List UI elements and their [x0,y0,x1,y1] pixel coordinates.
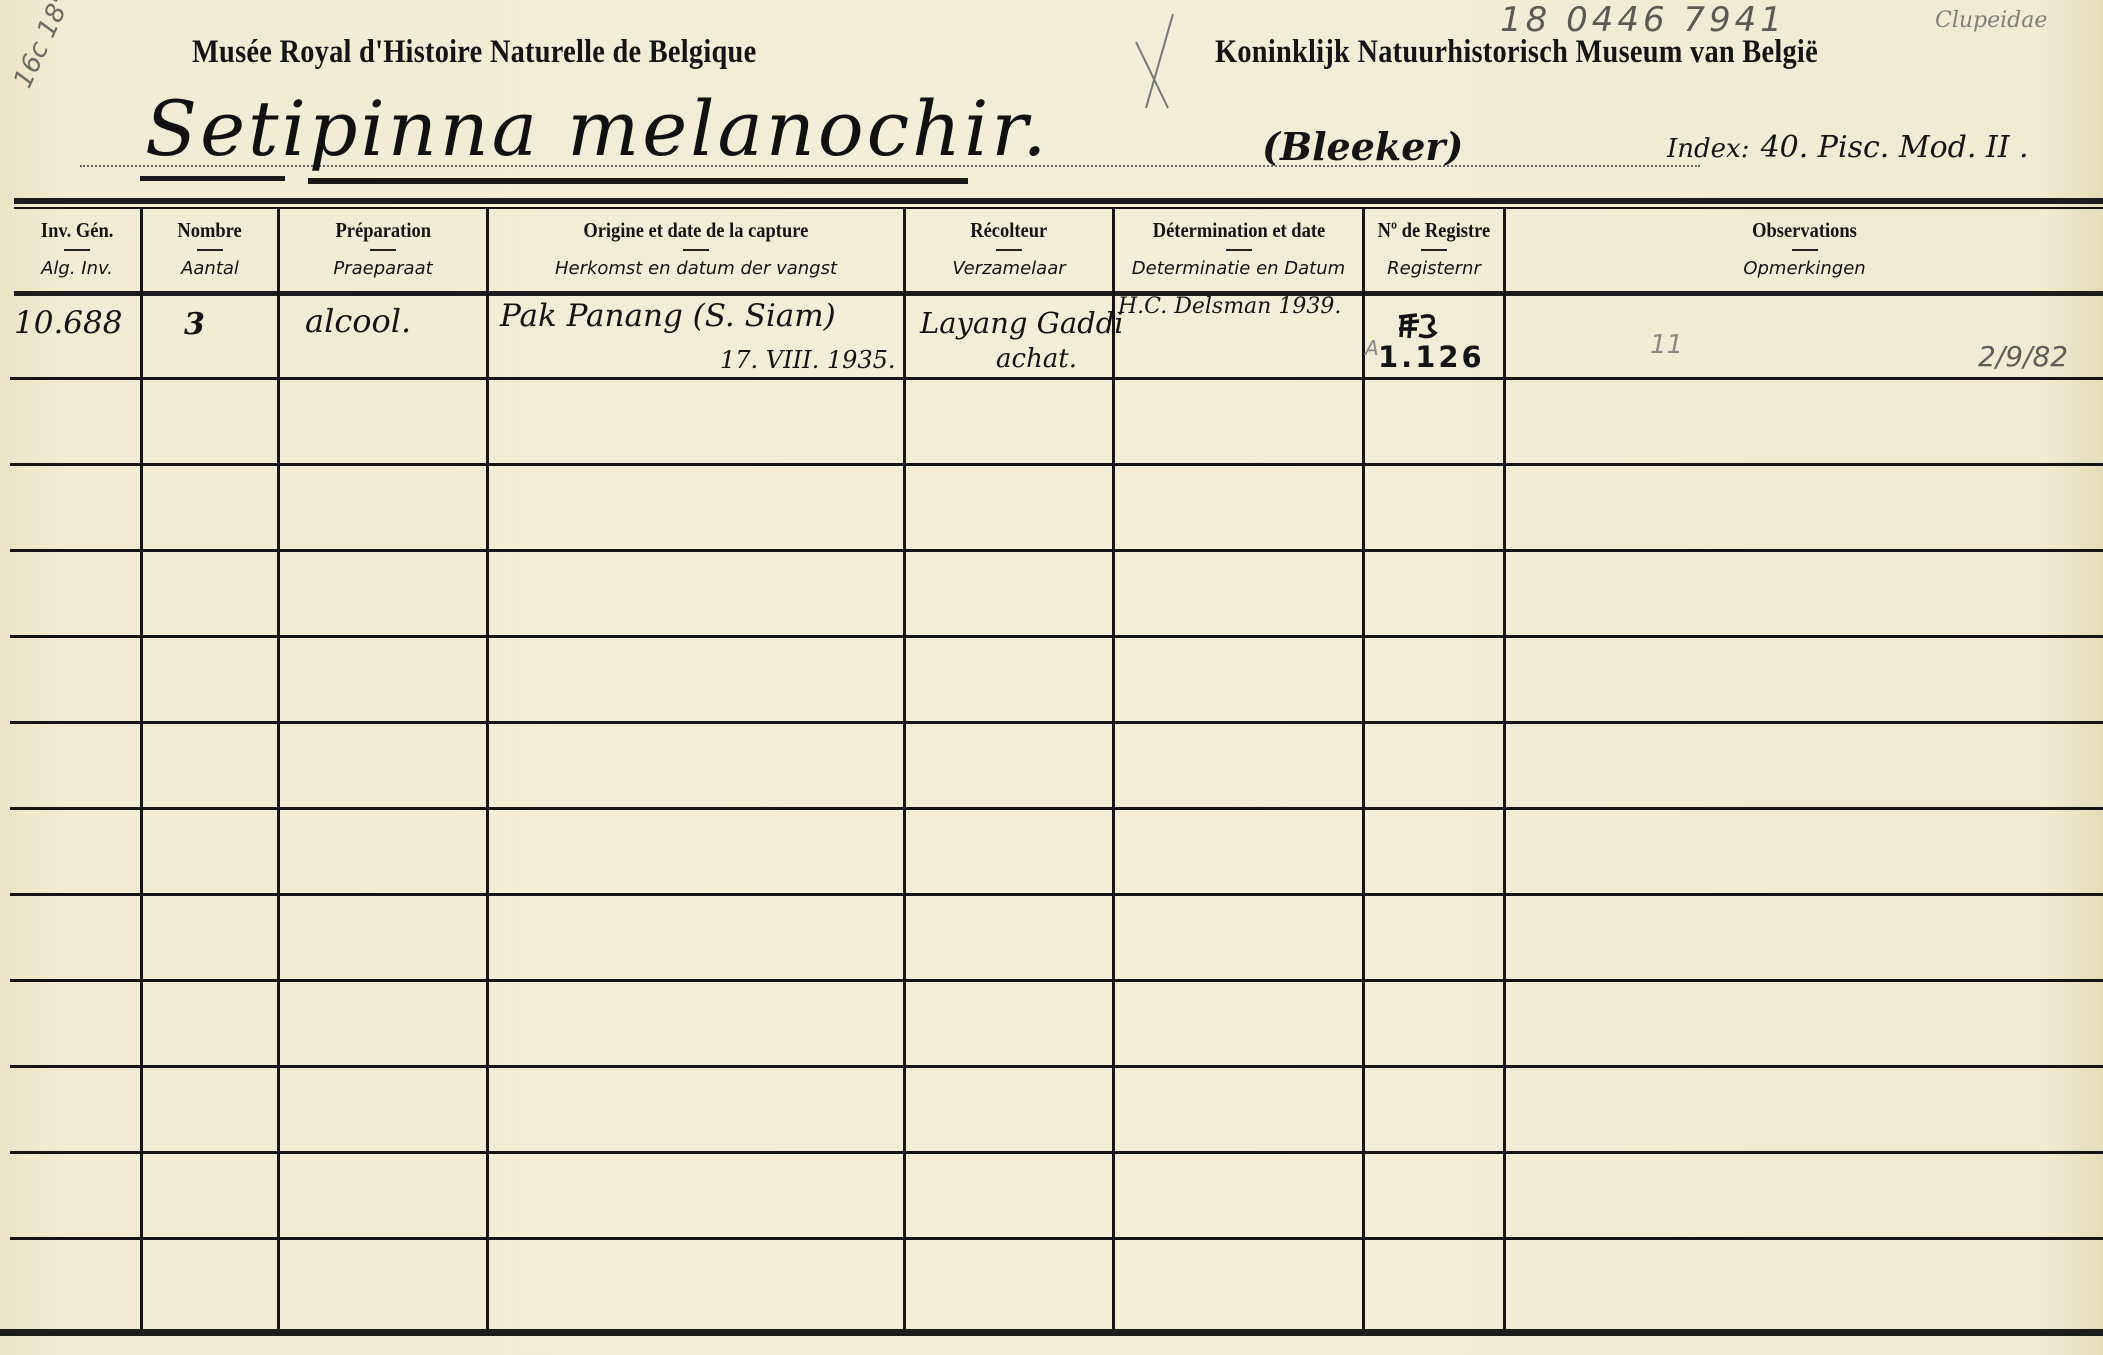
header-fr-label: Inv. Gén. [41,218,113,243]
header-nl-label: Aantal [181,258,239,279]
empty-table-row [14,896,2103,979]
empty-table-row [14,1240,2103,1323]
header-dash [1421,249,1447,251]
cell-origine-date: 17. VIII. 1935. [720,346,896,374]
corner-note: 16c 18' [8,0,76,93]
header-nl-label: Registernr [1387,258,1481,279]
header-origine: Origine et date de la capture Herkomst e… [489,218,903,279]
empty-table-row [14,810,2103,893]
header-dash [683,249,709,251]
header-dash [996,249,1022,251]
header-fr-label: Origine et date de la capture [584,218,809,243]
cell-recolteur: Layang Gaddi [920,306,1124,340]
header-nl-label: Determinatie en Datum [1132,258,1345,279]
cell-nombre: 3 [184,307,205,342]
empty-table-row [14,466,2103,549]
header-determination: Détermination et date Determinatie en Da… [1115,218,1362,279]
header-fr-label: Détermination et date [1152,218,1324,243]
cell-registre-margin: A [1365,336,1379,360]
institution-title-nl: Koninklijk Natuurhistorisch Museum van B… [1215,34,1818,71]
cell-preparation: alcool. [305,302,411,340]
cell-inv: 10.688 [14,305,122,341]
header-nl-label: Alg. Inv. [41,258,113,279]
header-fr-label: Observations [1752,218,1857,243]
empty-table-row [14,638,2103,721]
empty-table-row [14,724,2103,807]
cell-origine: Pak Panang (S. Siam) [500,298,836,334]
index-label: Index: [1667,134,1749,164]
header-nl-label: Praeparaat [333,258,432,279]
header-fr-label: Nombre [178,218,242,243]
header-dash [64,249,90,251]
cell-determination: H.C. Delsman 1939. [1118,294,1341,319]
header-fr-label: Préparation [335,218,430,243]
species-name: Setipinna melanochir. [145,84,1050,173]
empty-table-row [14,1154,2103,1237]
empty-table-row [14,380,2103,463]
header-dash [197,249,223,251]
header-nl-label: Verzamelaar [952,258,1065,279]
header-dash [370,249,396,251]
header-preparation: Préparation Praeparaat [280,218,486,279]
empty-table-row [14,552,2103,635]
header-inv: Inv. Gén. Alg. Inv. [14,218,140,279]
species-underline-genus [140,176,285,181]
header-dash [1792,249,1818,251]
table-top-rule [14,198,2103,204]
cell-registre: 1.126 [1378,340,1485,374]
header-recolteur: Récolteur Verzamelaar [906,218,1112,279]
cell-observations-date: 2/9/82 [1978,340,2068,373]
family-note: Clupeidae [1935,8,2047,33]
institution-title-fr: Musée Royal d'Histoire Naturelle de Belg… [192,34,756,71]
species-author: (Bleeker) [1262,124,1463,169]
cell-observations-mark: 11 [1650,330,1683,360]
cross-mark-icon [1128,12,1188,112]
header-fr-label: Nº de Registre [1378,218,1491,243]
header-dash [1226,249,1252,251]
index-field: Index: 40. Pisc. Mod. II . [1667,130,2029,165]
empty-table-row [14,1068,2103,1151]
struck-out-register-icon [1395,311,1445,341]
cell-recolteur-note: achat. [996,344,1077,374]
header-nl-label: Herkomst en datum der vangst [555,258,837,279]
species-underline-epithet [308,178,968,184]
table-header-top-line [14,207,2103,209]
header-nombre: Nombre Aantal [143,218,277,279]
table-header-bottom-rule [14,291,2103,296]
empty-table-row [14,982,2103,1065]
header-observations: Observations Opmerkingen [1506,218,2103,279]
header-nl-label: Opmerkingen [1743,258,1865,279]
header-registre: Nº de Registre Registernr [1365,218,1503,279]
header-fr-label: Récolteur [971,218,1048,243]
index-value: 40. Pisc. Mod. II . [1761,130,2029,165]
table-bottom-rule [0,1329,2103,1336]
